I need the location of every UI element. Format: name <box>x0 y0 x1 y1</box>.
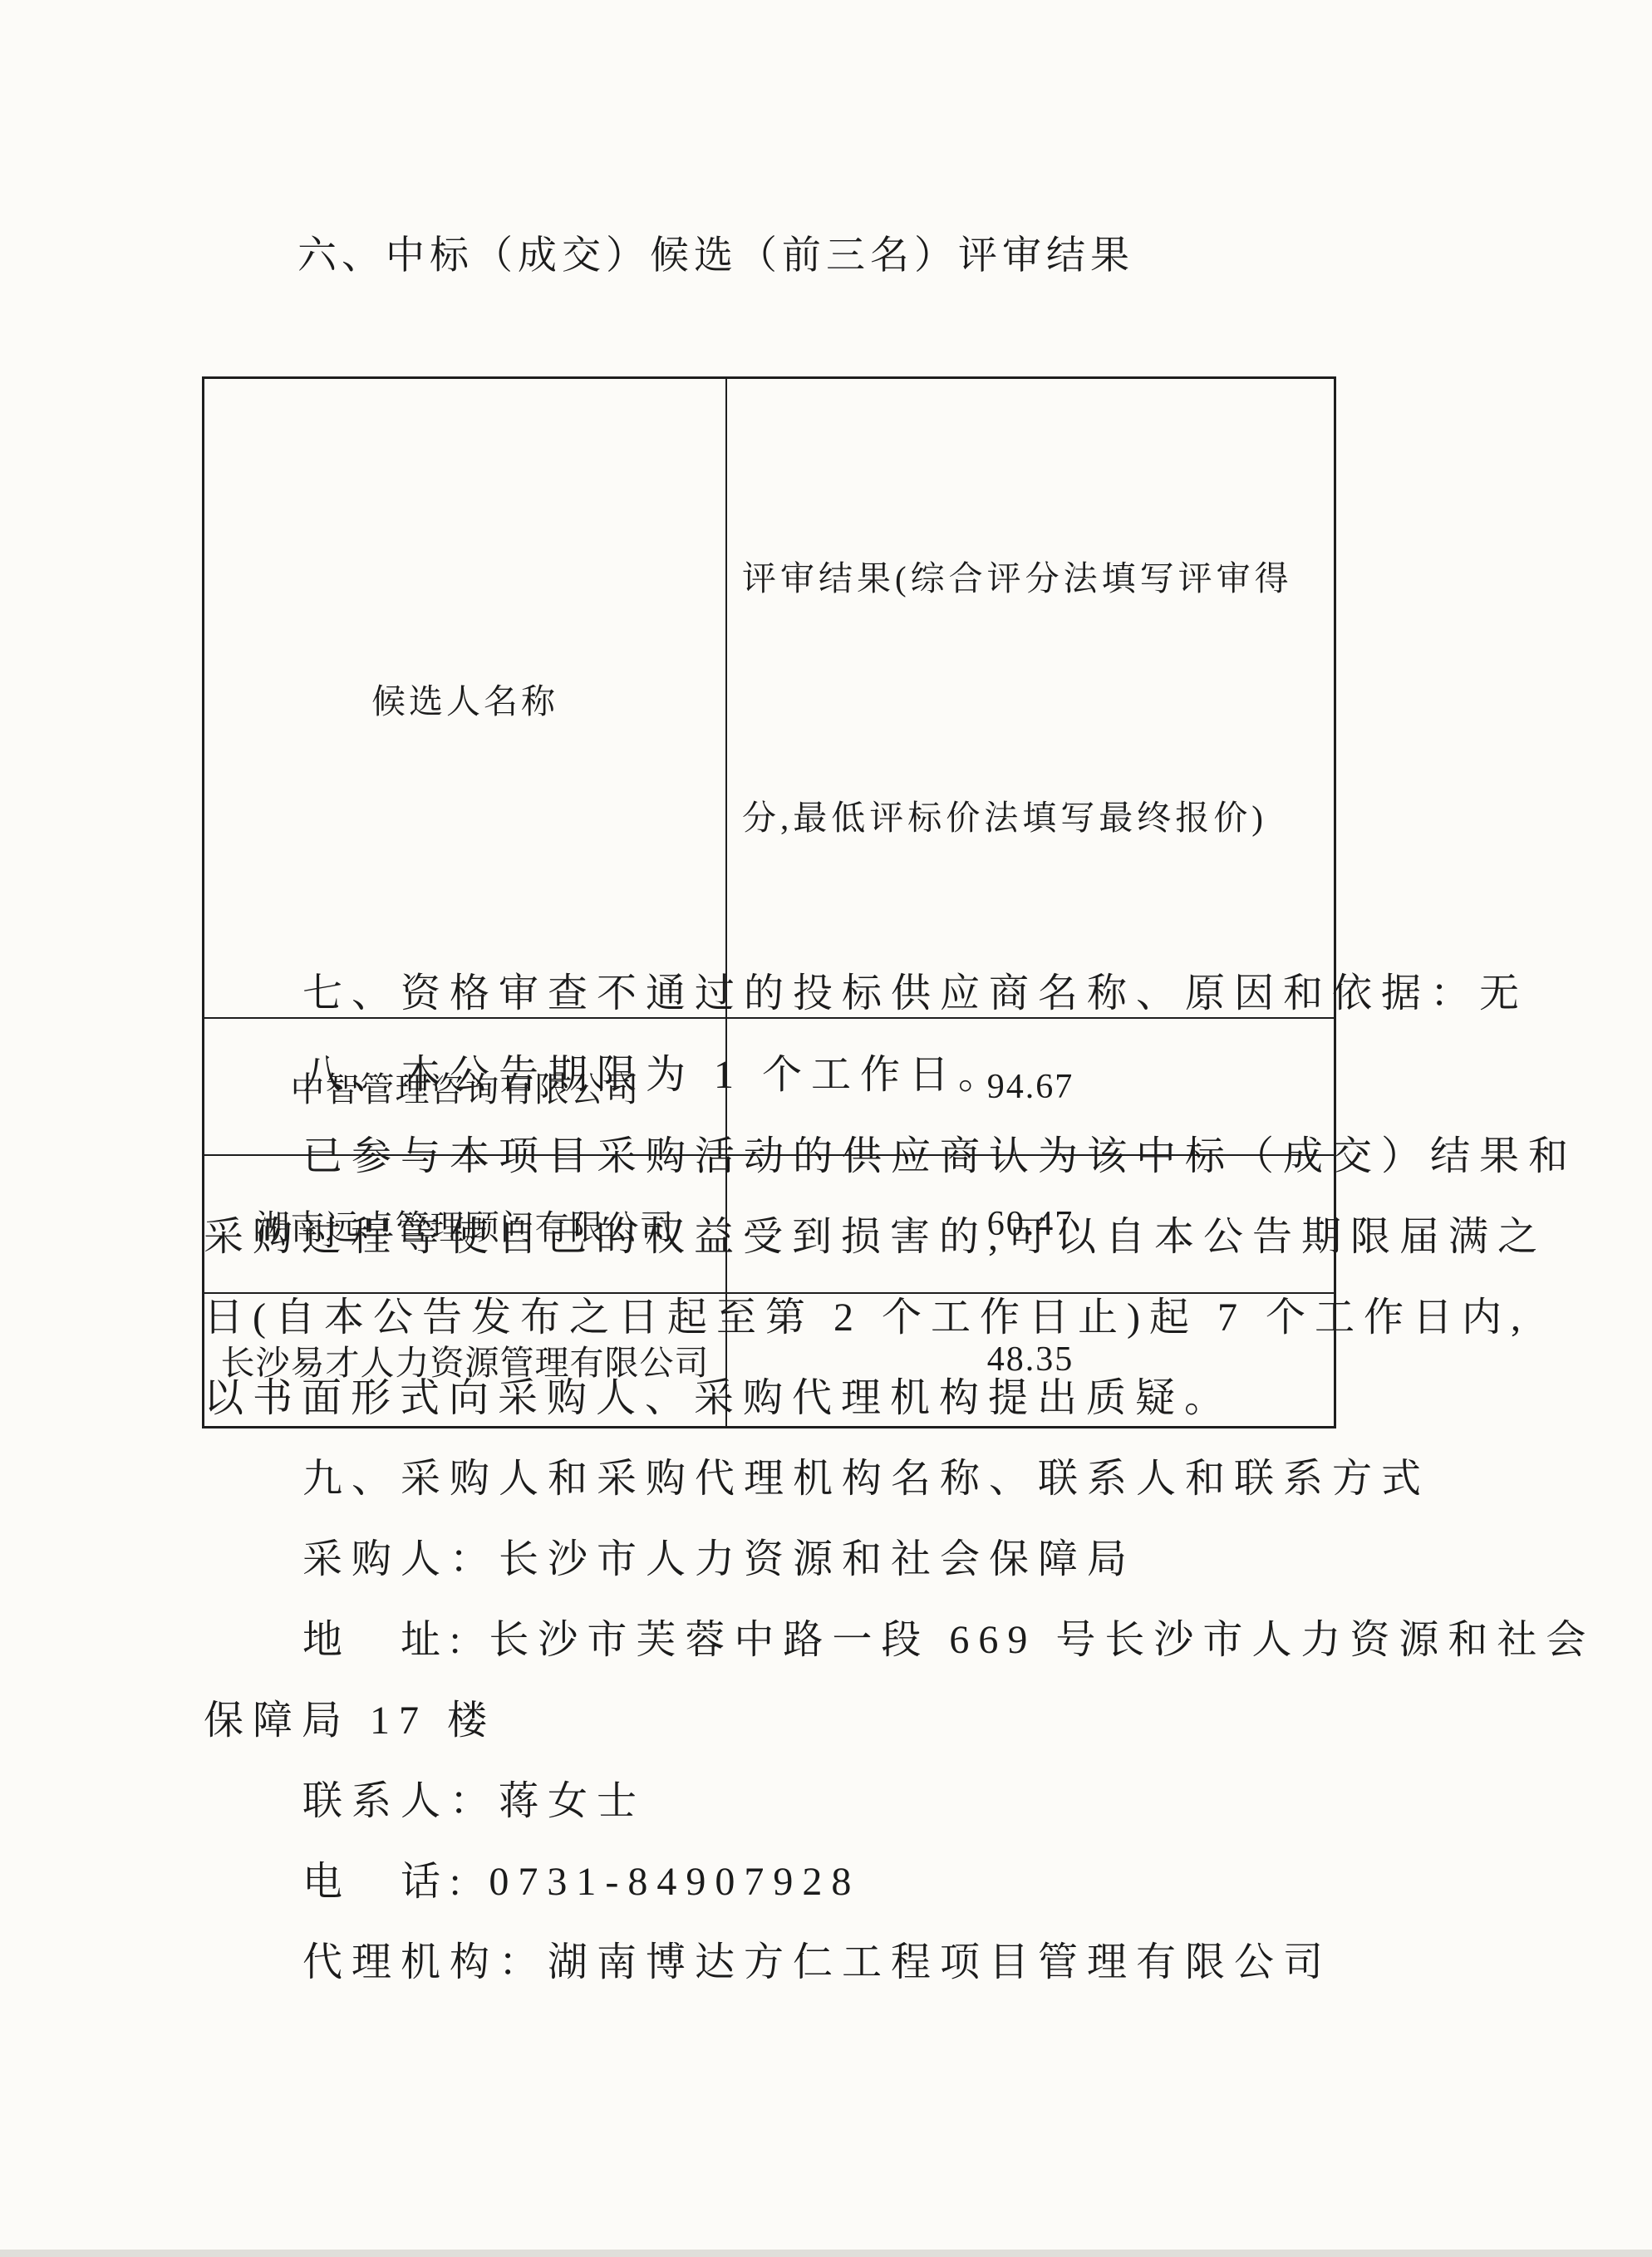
notice-paragraph-line3: 日(自本公告发布之日起至第 2 个工作日止)起 7 个工作日内, <box>204 1295 1530 1341</box>
contact-line: 联系人：蒋女士 <box>302 1778 646 1825</box>
notice-paragraph-line1: 已参与本项目采购活动的供应商认为该中标（成交）结果和 <box>302 1133 1577 1180</box>
scanned-announcement-page: 六、中标（成交）候选（前三名）评审结果 候选人名称 评审结果(综合评分法填写评审… <box>0 0 1652 2257</box>
agency-line: 代理机构：湖南博达方仁工程项目管理有限公司 <box>302 1940 1332 1986</box>
paragraph-7: 七、资格审查不通过的投标供应商名称、原因和依据：无 <box>302 971 1528 1017</box>
section6-heading: 六、中标（成交）候选（前三名）评审结果 <box>297 233 1134 279</box>
notice-paragraph-line4: 以书面形式向采购人、采购代理机构提出质疑。 <box>204 1375 1233 1422</box>
paragraph-9: 九、采购人和采购代理机构名称、联系人和联系方式 <box>302 1456 1430 1502</box>
phone-line: 电 话: 0731-84907928 <box>302 1859 860 1905</box>
buyer-line: 采购人：长沙市人力资源和社会保障局 <box>302 1537 1136 1583</box>
header-cell-candidate-name: 候选人名称 <box>204 378 727 1019</box>
table-header-row: 候选人名称 评审结果(综合评分法填写评审得 分,最低评标价法填写最终报价) <box>204 378 1335 1019</box>
header-cell-evaluation-result: 评审结果(综合评分法填写评审得 分,最低评标价法填写最终报价) <box>726 378 1335 1019</box>
address-line2: 保障局 17 楼 <box>204 1698 496 1744</box>
address-line1: 地 址: 长沙市芙蓉中路一段 669 号长沙市人力资源和社会 <box>302 1617 1595 1664</box>
notice-paragraph-line2: 采购过程等使自己的权益受到损害的,可以自本公告期限届满之 <box>204 1214 1546 1261</box>
header-evaluation-line1: 评审结果(综合评分法填写评审得 <box>742 538 1329 618</box>
paragraph-8: 八、本公告期限为 1 个工作日。 <box>302 1052 1007 1099</box>
scan-bottom-edge <box>0 2250 1652 2257</box>
header-evaluation-line2: 分,最低评标价法填写最终报价) <box>742 778 1329 858</box>
evaluation-result-table: 候选人名称 评审结果(综合评分法填写评审得 分,最低评标价法填写最终报价) 中智… <box>202 376 1336 1428</box>
